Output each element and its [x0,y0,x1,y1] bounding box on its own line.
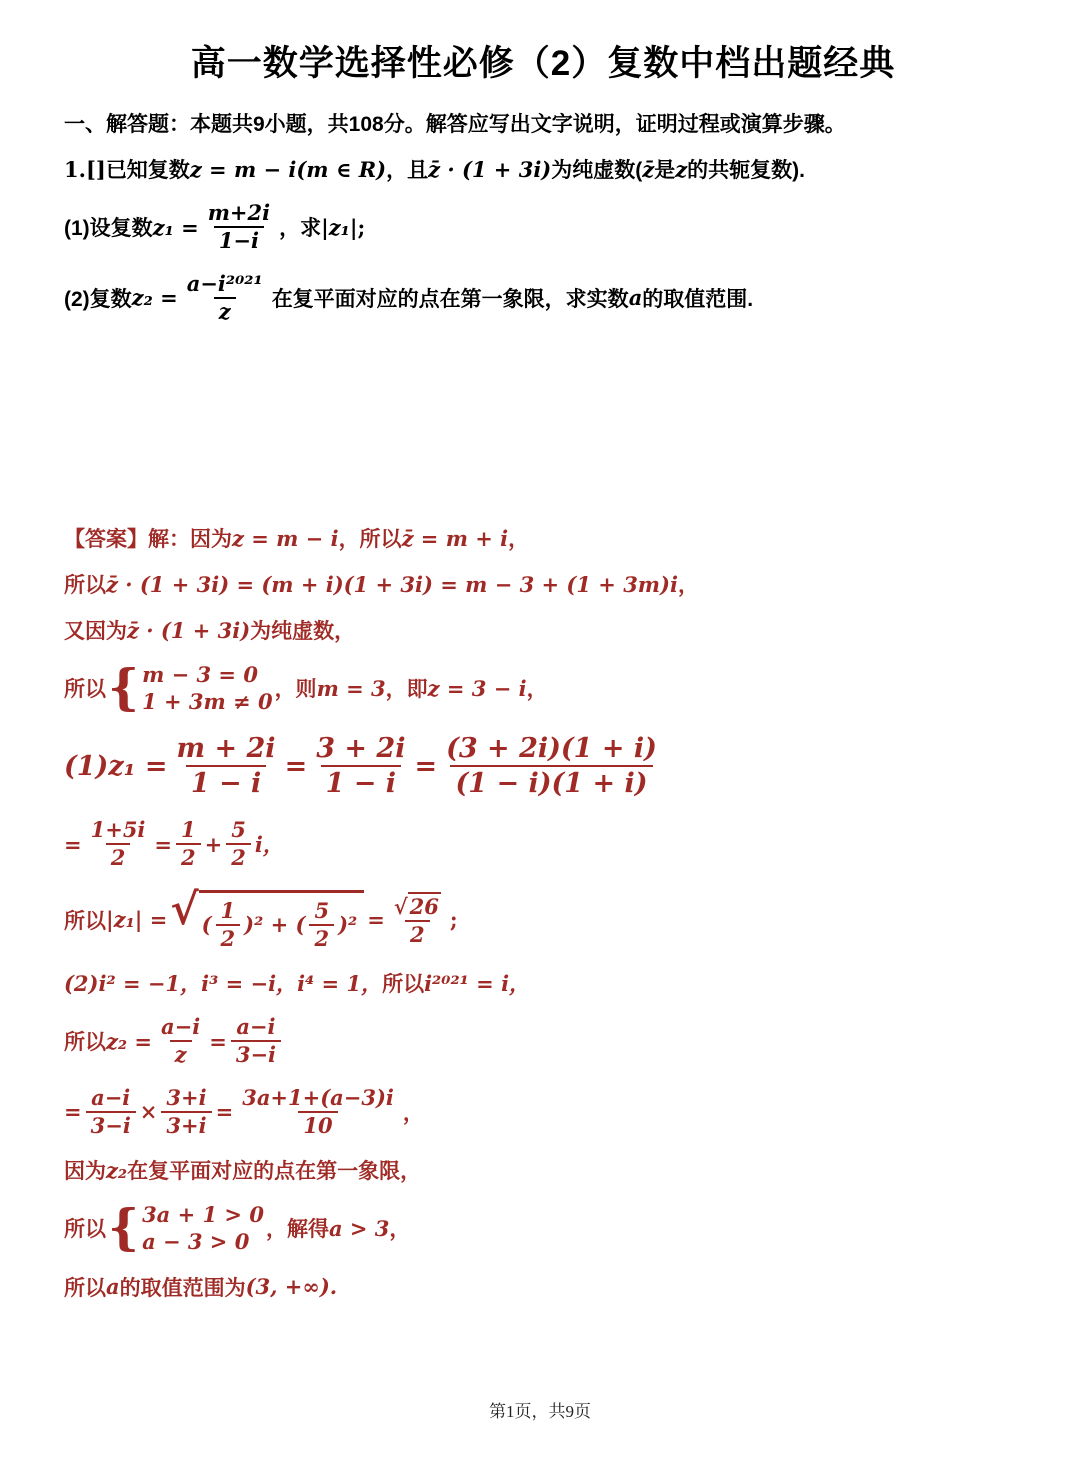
answer-line-3: 又因为 z̄ · (1 + 3i) 为纯虚数， [64,615,1022,645]
fraction: 5 2 [226,817,251,872]
chinese-text: ，且 [386,154,428,184]
case-system: { m − 3 = 0 1 + 3m ≠ 0 [108,661,273,716]
math-token: |z₁| = [106,907,167,932]
fraction-denominator: 1 − i [186,765,266,801]
fraction-numerator: 3a+1+(a−3)i [237,1085,399,1111]
fraction-denominator: z [214,297,236,325]
fraction: √26 2 [389,892,446,949]
chinese-text: ，则 [275,673,317,703]
chinese-text: 所以 [64,673,106,703]
fraction-numerator: (3 + 2i)(1 + i) [441,732,662,766]
radical-sign: √ [170,888,198,933]
radicand: ( 1 2 )² + ( 5 2 )² [199,890,365,953]
chinese-text: 又因为 [64,615,127,645]
chinese-text: ，所以 [339,523,402,553]
chinese-text: 所以 [64,1272,106,1302]
math-token: a > 3 [329,1216,389,1241]
answer-line-10: = a−i 3−i × 3+i 3+i = 3a+1+(a−3)i 10 ， [64,1085,1022,1140]
math-token: z₁ = [153,215,199,240]
chinese-text: 在复平面对应的点在第一象限，求实数 [272,283,629,313]
chinese-text: 是 [654,154,675,184]
answer-line-4: 所以 { m − 3 = 0 1 + 3m ≠ 0 ，则 m = 3 ，即 z … [64,661,1022,716]
math-token: ( [202,912,212,937]
fraction-numerator: 3 + 2i [311,732,410,766]
chinese-text: 所以 [64,905,106,935]
fraction-denominator: 3−i [231,1040,281,1068]
fraction: a−i z [156,1014,205,1069]
answer-line-7: 所以 |z₁| = √ ( 1 2 )² + ( 5 2 )² [64,888,1022,953]
fraction: 3+i 3+i [161,1085,211,1140]
fraction-numerator: 1 [216,898,241,924]
fraction: a−i²⁰²¹ z [182,271,268,326]
chinese-text: 解：因为 [148,523,232,553]
punctuation: ， [403,1097,424,1127]
fraction: (3 + 2i)(1 + i) (1 − i)(1 + i) [441,732,662,802]
fraction: 1 2 [216,898,241,953]
fraction-denominator: 2 [226,843,251,871]
answer-line-8: (2)i² = −1， i³ = −i， i⁴ = 1， 所以 i²⁰²¹ = … [64,968,1022,998]
fraction-numerator: 5 [309,898,334,924]
math-token: (1)z₁ = [64,751,168,782]
chinese-text: 在复平面对应的点在第一象限， [127,1155,421,1185]
radical-sign: √ [394,894,408,920]
math-token: z̄ = m + i [402,526,509,551]
fraction-numerator: a−i [231,1014,280,1040]
chinese-text: ，解得 [266,1213,329,1243]
case-system: { 3a + 1 > 0 a − 3 > 0 [108,1201,264,1256]
punctuation: ， [389,1213,410,1243]
equals-sign: = [64,1099,82,1124]
math-token: (3, +∞). [246,1274,338,1299]
chinese-text: 的共轭复数). [687,154,805,184]
math-token: m = 3 [317,676,386,701]
math-token: z₂ = [132,285,178,310]
fraction-numerator: a−i [156,1014,205,1040]
punctuation: ; [450,907,458,932]
fraction: 1 2 [176,817,201,872]
chinese-text: ，求 [279,212,321,242]
equals-sign: = [209,1029,227,1054]
equals-sign: = [367,907,385,932]
fraction-denominator: (1 − i)(1 + i) [450,765,652,801]
chinese-text: 所以 [64,1213,106,1243]
equals-sign: = [285,751,308,782]
fraction-denominator: 3+i [161,1111,211,1139]
square-root: √ ( 1 2 )² + ( 5 2 )² [170,888,364,953]
document-page: 高一数学选择性必修（2）复数中档出题经典 一、解答题：本题共9小题，共108分。… [0,0,1080,1302]
equals-sign: = [414,751,437,782]
fraction: a−i 3−i [231,1014,281,1069]
radicand: 26 [408,892,441,920]
fraction-denominator: 2 [176,843,201,871]
plus-sign: + [205,832,223,857]
math-token: )² + ( [244,912,305,937]
equals-sign: = [216,1099,234,1124]
answer-section: 【答案】 解：因为 z = m − i ，所以 z̄ = m + i ， 所以 … [64,523,1022,1302]
case-row: 1 + 3m ≠ 0 [142,688,273,715]
chinese-text: (2)复数 [64,283,132,313]
math-token: z = m − i(m ∈ R) [190,157,386,182]
answer-tag: 【答案】 [64,523,148,553]
times-sign: × [140,1099,158,1124]
chinese-text: 所以 [64,569,106,599]
page-title: 高一数学选择性必修（2）复数中档出题经典 [64,36,1022,86]
problem-line-2: (1)设复数 z₁ = m+2i 1−i ，求 |z₁| ; [64,200,1022,255]
problem-line-1: 1. [] 已知复数 z = m − i(m ∈ R) ，且 z̄ · (1 +… [64,154,1022,184]
equals-sign: = [154,832,172,857]
math-token: )² [338,912,357,937]
fraction: m+2i 1−i [203,200,275,255]
math-token: i³ = −i， [201,968,297,998]
chinese-text: 为纯虚数， [250,615,355,645]
fraction-numerator: a−i [86,1085,135,1111]
punctuation: ; [358,215,366,240]
chinese-text: 的取值范围为 [120,1272,246,1302]
blank-space [64,341,1022,507]
fraction-numerator: √26 [389,892,446,920]
math-token: a [629,285,643,310]
answer-line-6: = 1+5i 2 = 1 2 + 5 2 i， [64,817,1022,872]
math-token: z̄ · (1 + 3i) = (m + i)(1 + 3i) = m − 3 … [106,572,678,597]
fraction-denominator: 2 [405,920,430,948]
math-token: |z₁| [321,215,357,240]
fraction-numerator: 1+5i [86,817,151,843]
chinese-text: ， [678,569,699,599]
answer-line-5: (1)z₁ = m + 2i 1 − i = 3 + 2i 1 − i = (3… [64,732,1022,802]
case-row: a − 3 > 0 [142,1228,264,1255]
math-token: (2)i² = −1， [64,968,201,998]
fraction: 3 + 2i 1 − i [311,732,410,802]
chinese-text: 所以 [382,968,424,998]
answer-line-13: 所以 a 的取值范围为 (3, +∞). [64,1272,1022,1302]
math-token: i²⁰²¹ = i， [424,968,530,998]
fraction: 3a+1+(a−3)i 10 [237,1085,399,1140]
page-footer: 第1页，共9页 [0,1397,1080,1422]
fraction: a−i 3−i [86,1085,136,1140]
case-rows: 3a + 1 > 0 a − 3 > 0 [142,1201,264,1256]
fraction-numerator: 5 [226,817,251,843]
chinese-text: 为纯虚数( [551,154,642,184]
empty-brackets: [] [86,157,106,182]
chinese-text: 的取值范围. [642,283,753,313]
math-token: a [106,1274,120,1299]
math-token: z [675,157,687,182]
chinese-text: ，即 [386,673,428,703]
math-token: z = 3 − i [428,676,527,701]
fraction-denominator: z [170,1040,192,1068]
fraction-numerator: 3+i [161,1085,211,1111]
math-token: z̄ [642,157,654,182]
left-brace: { [108,668,139,709]
fraction-denominator: 3−i [86,1111,136,1139]
answer-line-11: 因为 z₂ 在复平面对应的点在第一象限， [64,1155,1022,1185]
fraction: 1+5i 2 [86,817,151,872]
section-header: 一、解答题：本题共9小题，共108分。解答应写出文字说明，证明过程或演算步骤。 [64,108,1022,138]
answer-line-12: 所以 { 3a + 1 > 0 a − 3 > 0 ，解得 a > 3 ， [64,1201,1022,1256]
problem-number: 1. [64,157,86,182]
fraction-denominator: 10 [298,1111,337,1139]
answer-line-9: 所以 z₂ = a−i z = a−i 3−i [64,1014,1022,1069]
fraction-denominator: 1 − i [321,765,401,801]
math-token: i， [255,829,284,859]
chinese-text: (1)设复数 [64,212,153,242]
fraction-denominator: 2 [216,924,241,952]
fraction-numerator: m + 2i [172,732,281,766]
chinese-text: 因为 [64,1155,106,1185]
fraction-numerator: a−i²⁰²¹ [182,271,268,297]
math-token: z̄ · (1 + 3i) [428,157,551,182]
case-row: 3a + 1 > 0 [142,1201,264,1228]
chinese-text: ， [527,673,548,703]
fraction: 5 2 [309,898,334,953]
math-token: z = m − i [232,526,339,551]
chinese-text: 所以 [64,1026,106,1056]
chinese-text: ， [508,523,529,553]
fraction-denominator: 1−i [214,226,264,254]
math-token: z₂ [106,1158,127,1183]
equals-sign: = [64,832,82,857]
fraction-numerator: m+2i [203,200,275,226]
math-token: z̄ · (1 + 3i) [127,618,250,643]
left-brace: { [108,1208,139,1249]
math-token: z₂ = [106,1029,152,1054]
fraction-denominator: 2 [106,843,131,871]
math-token: i⁴ = 1， [297,968,382,998]
chinese-text: 已知复数 [106,154,190,184]
answer-line-1: 【答案】 解：因为 z = m − i ，所以 z̄ = m + i ， [64,523,1022,553]
case-row: m − 3 = 0 [142,661,273,688]
case-rows: m − 3 = 0 1 + 3m ≠ 0 [142,661,273,716]
answer-line-2: 所以 z̄ · (1 + 3i) = (m + i)(1 + 3i) = m −… [64,569,1022,599]
fraction-numerator: 1 [176,817,201,843]
problem-line-3: (2)复数 z₂ = a−i²⁰²¹ z 在复平面对应的点在第一象限，求实数 a… [64,271,1022,326]
fraction-denominator: 2 [309,924,334,952]
fraction: m + 2i 1 − i [172,732,281,802]
